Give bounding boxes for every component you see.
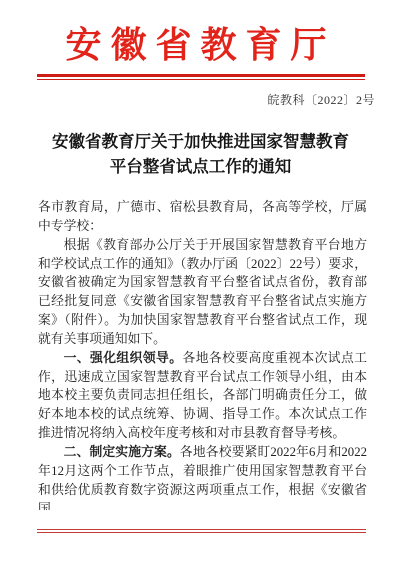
document-body: 各市教育局，广德市、宿松县教育局，各高等学校，厅属中专学校： 根据《教育部办公厅… <box>38 198 367 510</box>
document-title: 安徽省教育厅关于加快推进国家智慧教育 平台整省试点工作的通知 <box>18 129 383 179</box>
official-document-page: 安徽省教育厅 皖教科〔2022〕2号 安徽省教育厅关于加快推进国家智慧教育 平台… <box>0 0 401 567</box>
body-paragraph-2-heading: 一、强化组织领导。 <box>64 351 183 365</box>
body-paragraph-2: 一、强化组织领导。各地各校要高度重视本次试点工作，迅速成立国家智慧教育平台试点工… <box>38 349 367 443</box>
letterhead-agency-name: 安徽省教育厅 <box>0 26 401 66</box>
document-number: 皖教科〔2022〕2号 <box>267 91 375 108</box>
footer-double-rule <box>37 529 366 533</box>
letterhead-double-rule <box>37 74 365 80</box>
body-paragraph-1: 根据《教育部办公厅关于开展国家智慧教育平台地方和学校试点工作的通知》（教办厅函〔… <box>38 236 367 349</box>
body-paragraph-3-heading: 二、制定实施方案。 <box>64 445 180 459</box>
body-paragraph-1-text: 根据《教育部办公厅关于开展国家智慧教育平台地方和学校试点工作的通知》（教办厅函〔… <box>38 238 367 346</box>
body-paragraph-3: 二、制定实施方案。各地各校要紧盯2022年6月和2022年12月这两个工作节点，… <box>38 443 367 510</box>
document-title-line-1: 安徽省教育厅关于加快推进国家智慧教育 <box>18 129 383 154</box>
salutation-line: 各市教育局，广德市、宿松县教育局，各高等学校，厅属中专学校： <box>38 198 367 236</box>
document-title-line-2: 平台整省试点工作的通知 <box>18 154 383 179</box>
